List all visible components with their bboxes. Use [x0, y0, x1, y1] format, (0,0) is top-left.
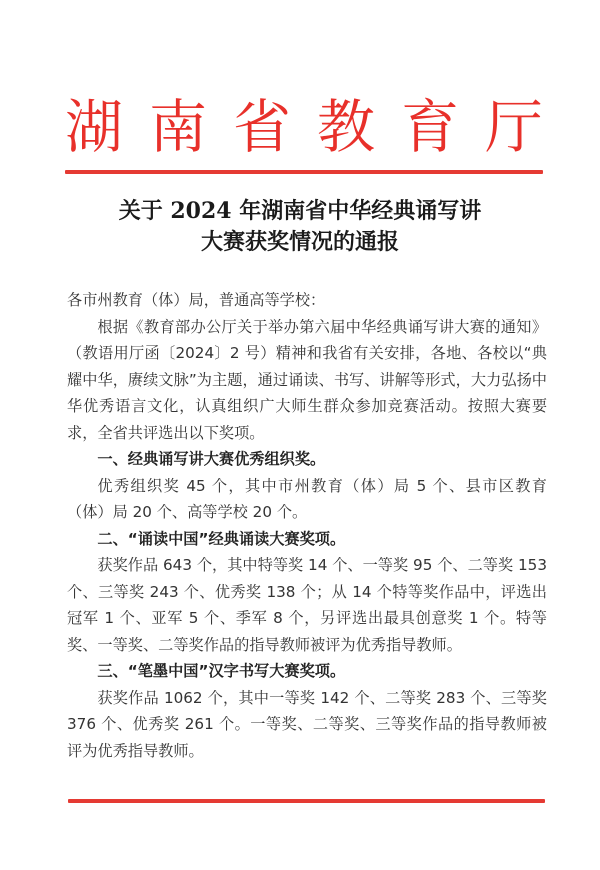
- document-title-line2: 大赛获奖情况的通报: [0, 227, 600, 257]
- masthead-char: 育: [401, 98, 459, 156]
- masthead-title: 湖 南 省 教 育 厅: [65, 92, 543, 162]
- section-text-1: 优秀组织奖 45 个，其中市州教育（体）局 5 个、县市区教育（体）局 20 个…: [67, 473, 547, 526]
- section-heading-1: 一、经典诵写讲大赛优秀组织奖。: [67, 446, 547, 473]
- salutation: 各市州教育（体）局，普通高等学校：: [67, 287, 547, 314]
- document-body: 各市州教育（体）局，普通高等学校： 根据《教育部办公厅关于举办第六届中华经典诵写…: [67, 287, 547, 764]
- red-divider-bottom: [68, 799, 545, 803]
- document-title-line1: 关于 2024 年湖南省中华经典诵写讲: [0, 196, 600, 226]
- masthead-char: 省: [233, 98, 291, 156]
- section-text-2: 获奖作品 643 个，其中特等奖 14 个、一等奖 95 个、二等奖 153 个…: [67, 552, 547, 658]
- masthead-char: 教: [317, 98, 375, 156]
- section-text-3: 获奖作品 1062 个，其中一等奖 142 个、二等奖 283 个、三等奖 37…: [67, 685, 547, 765]
- red-divider-top: [65, 170, 543, 174]
- intro-paragraph: 根据《教育部办公厅关于举办第六届中华经典诵写讲大赛的通知》（教语用厅函〔2024…: [67, 314, 547, 447]
- masthead-char: 南: [149, 98, 207, 156]
- masthead-char: 厅: [485, 98, 543, 156]
- section-heading-2: 二、“诵读中国”经典诵读大赛奖项。: [67, 526, 547, 553]
- section-heading-3: 三、“笔墨中国”汉字书写大赛奖项。: [67, 658, 547, 685]
- masthead-char: 湖: [65, 98, 123, 156]
